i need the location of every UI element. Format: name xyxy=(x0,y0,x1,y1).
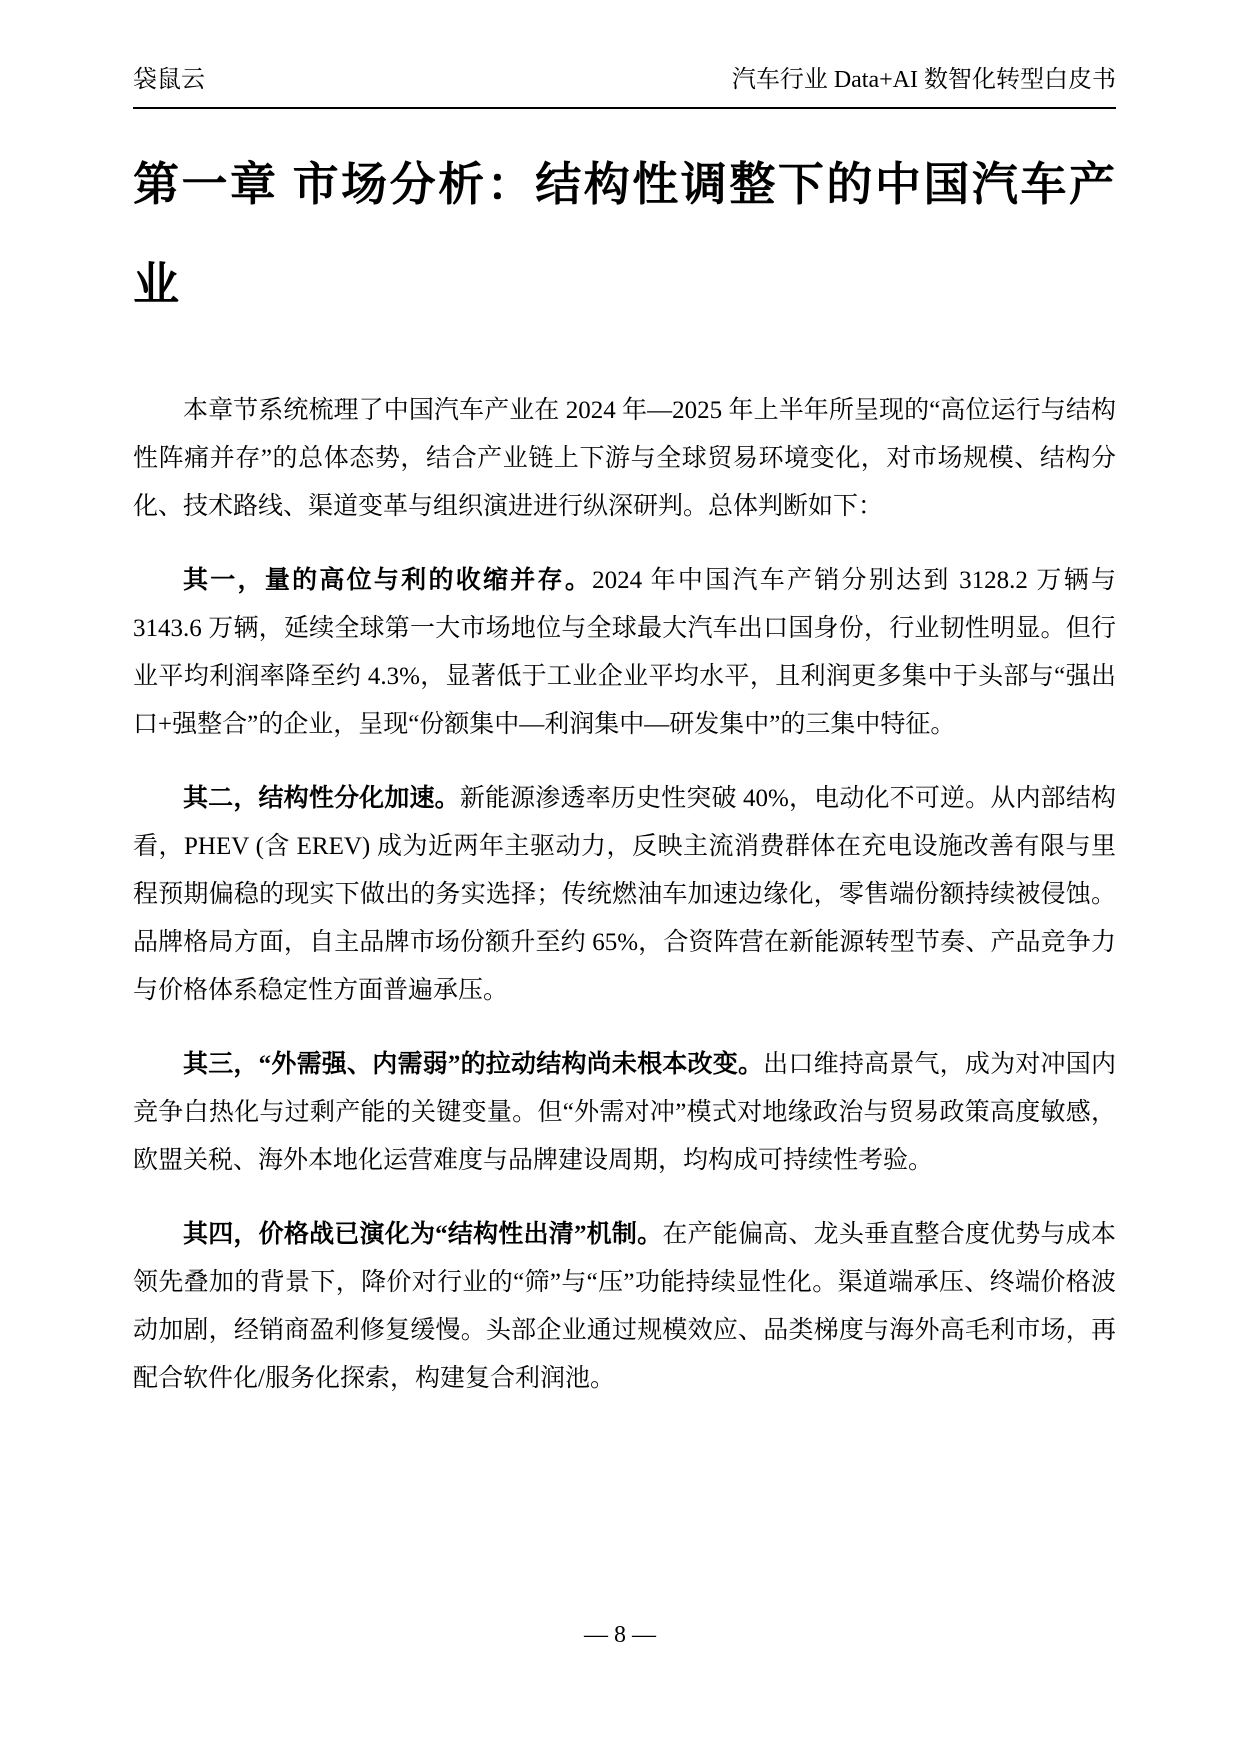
header-brand: 袋鼠云 xyxy=(133,66,205,95)
paragraph-point-1-lead: 其一，量的高位与利的收缩并存。 xyxy=(183,567,592,594)
document-page: 袋鼠云 汽车行业 Data+AI 数智化转型白皮书 第一章 市场分析：结构性调整… xyxy=(0,0,1240,1754)
paragraph-point-2-text: 新能源渗透率历史性突破 40%，电动化不可逆。从内部结构看，PHEV (含 ER… xyxy=(133,785,1116,1004)
paragraph-intro-text: 本章节系统梳理了中国汽车产业在 2024 年—2025 年上半年所呈现的“高位运… xyxy=(133,397,1116,520)
chapter-title: 第一章 市场分析：结构性调整下的中国汽车产业 xyxy=(133,135,1116,335)
paragraph-point-2: 其二，结构性分化加速。新能源渗透率历史性突破 40%，电动化不可逆。从内部结构看… xyxy=(133,775,1116,1015)
header-doc-title: 汽车行业 Data+AI 数智化转型白皮书 xyxy=(732,66,1116,95)
paragraph-intro: 本章节系统梳理了中国汽车产业在 2024 年—2025 年上半年所呈现的“高位运… xyxy=(133,387,1116,531)
paragraph-point-3-lead: 其三，“外需强、内需弱”的拉动结构尚未根本改变。 xyxy=(183,1051,763,1078)
page-header: 袋鼠云 汽车行业 Data+AI 数智化转型白皮书 xyxy=(133,0,1116,109)
paragraph-point-2-lead: 其二，结构性分化加速。 xyxy=(183,785,460,812)
paragraph-point-1: 其一，量的高位与利的收缩并存。2024 年中国汽车产销分别达到 3128.2 万… xyxy=(133,557,1116,749)
paragraph-point-4-lead: 其四，价格战已演化为“结构性出清”机制。 xyxy=(183,1221,662,1248)
chapter-body: 本章节系统梳理了中国汽车产业在 2024 年—2025 年上半年所呈现的“高位运… xyxy=(133,387,1116,1403)
paragraph-point-3: 其三，“外需强、内需弱”的拉动结构尚未根本改变。出口维持高景气，成为对冲国内竞争… xyxy=(133,1041,1116,1185)
page-number: — 8 — xyxy=(584,1622,656,1648)
paragraph-point-4: 其四，价格战已演化为“结构性出清”机制。在产能偏高、龙头垂直整合度优势与成本领先… xyxy=(133,1211,1116,1403)
page-footer: — 8 — xyxy=(0,1622,1240,1649)
